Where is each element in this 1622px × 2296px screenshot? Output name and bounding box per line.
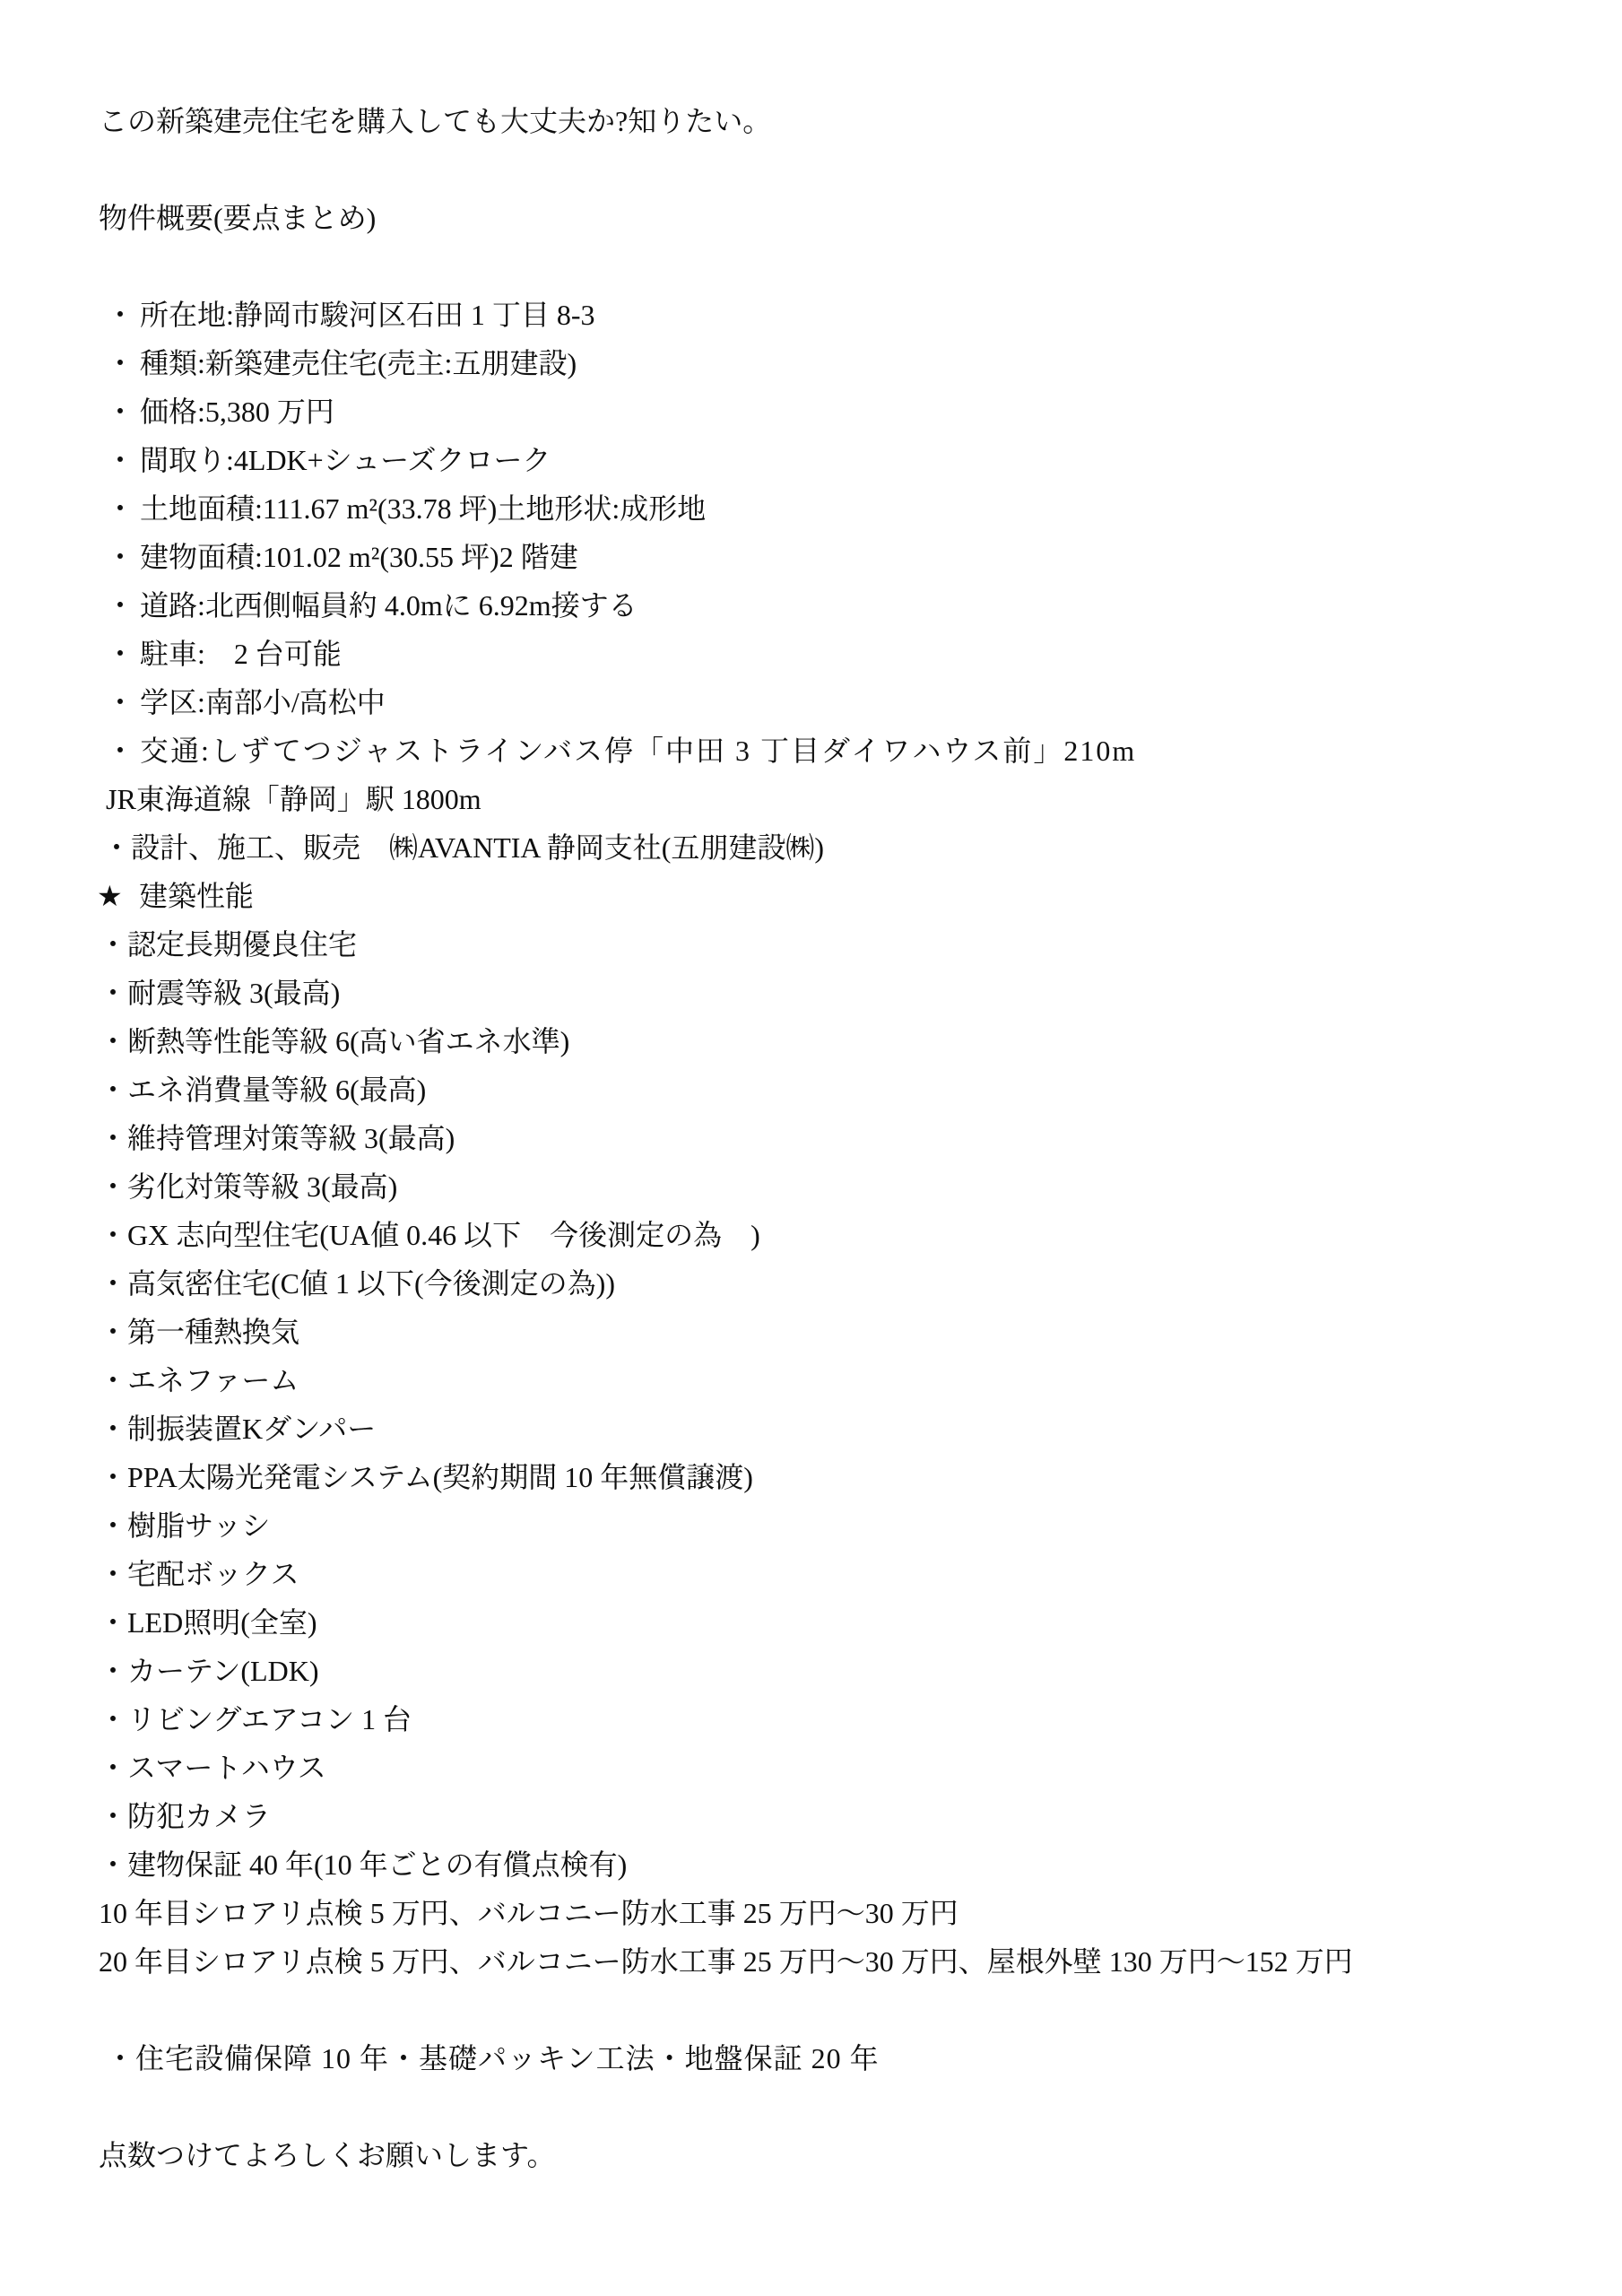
performance-item: ・エネ消費量等級 6(最高)	[99, 1065, 1541, 1114]
performance-item: ・宅配ボックス	[99, 1550, 1541, 1598]
overview-item-building-area: ・建物面積:101.02 m²(30.55 坪)2 階建	[99, 533, 1541, 581]
overview-item-text: 所在地:静岡市駿河区石田 1 丁目 8-3	[140, 299, 595, 331]
maintenance-line-20yr: 20 年目シロアリ点検 5 万円、バルコニー防水工事 25 万円〜30 万円、屋…	[99, 1937, 1541, 1986]
blank-line	[99, 145, 1541, 194]
overview-item-transit: ・交通:しずてつジャストラインバス停「中田 3 丁目ダイワハウス前」210m	[99, 726, 1541, 775]
overview-title: 物件概要(要点まとめ)	[99, 194, 1541, 242]
question-line: この新築建売住宅を購入しても大丈夫か?知りたい。	[99, 97, 1541, 145]
performance-item: ・耐震等級 3(最高)	[99, 969, 1541, 1017]
bullet-marker: ・	[106, 387, 140, 436]
performance-item: ・リビングエアコン 1 台	[99, 1695, 1541, 1744]
blank-line	[99, 2083, 1541, 2131]
performance-heading: ★建築性能	[99, 872, 1541, 920]
overview-item-text: 道路:北西側幅員約 4.0mに 6.92m接する	[140, 589, 638, 622]
performance-item: ・高気密住宅(C値 1 以下(今後測定の為))	[99, 1259, 1541, 1308]
overview-item-parking: ・駐車: 2 台可能	[99, 630, 1541, 678]
builder-line: ・設計、施工、販売 ㈱AVANTIA 静岡支社(五朋建設㈱)	[99, 823, 1541, 872]
overview-item-text: 土地面積:111.67 m²(33.78 坪)土地形状:成形地	[140, 492, 706, 525]
performance-item: ・建物保証 40 年(10 年ごとの有償点検有)	[99, 1840, 1541, 1889]
bullet-marker: ・	[106, 678, 140, 726]
bullet-marker: ・	[106, 581, 140, 630]
overview-item-text: 学区:南部小/高松中	[140, 686, 386, 718]
overview-item-text: 価格:5,380 万円	[140, 396, 334, 428]
bullet-marker: ・	[106, 726, 140, 775]
bullet-marker: ・	[106, 291, 140, 339]
performance-item: ・スマートハウス	[99, 1744, 1541, 1792]
performance-item: ・PPA太陽光発電システム(契約期間 10 年無償譲渡)	[99, 1453, 1541, 1501]
warranty-line: ・住宅設備保障 10 年・基礎パッキン工法・地盤保証 20 年	[99, 2034, 1541, 2083]
document-content: この新築建売住宅を購入しても大丈夫か?知りたい。 物件概要(要点まとめ) ・所在…	[0, 0, 1622, 2179]
blank-line	[99, 242, 1541, 291]
overview-item-text: 交通:しずてつジャストラインバス停「中田 3 丁目ダイワハウス前」210m	[140, 735, 1136, 767]
overview-item-text: 種類:新築建売住宅(売主:五朋建設)	[140, 347, 577, 379]
performance-item: ・断熱等性能等級 6(高い省エネ水準)	[99, 1017, 1541, 1065]
overview-item-school-district: ・学区:南部小/高松中	[99, 678, 1541, 726]
overview-item-text: 駐車: 2 台可能	[140, 638, 342, 670]
performance-item: ・樹脂サッシ	[99, 1501, 1541, 1550]
performance-item: ・カーテン(LDK)	[99, 1647, 1541, 1695]
performance-item: ・LED照明(全室)	[99, 1598, 1541, 1647]
bullet-marker: ・	[106, 436, 140, 484]
overview-item-location: ・所在地:静岡市駿河区石田 1 丁目 8-3	[99, 291, 1541, 339]
performance-item: ・維持管理対策等級 3(最高)	[99, 1114, 1541, 1162]
overview-item-land-area: ・土地面積:111.67 m²(33.78 坪)土地形状:成形地	[99, 484, 1541, 533]
maintenance-line-10yr: 10 年目シロアリ点検 5 万円、バルコニー防水工事 25 万円〜30 万円	[99, 1889, 1541, 1937]
performance-item: ・GX 志向型住宅(UA値 0.46 以下 今後測定の為 )	[99, 1211, 1541, 1259]
station-line: JR東海道線「静岡」駅 1800m	[99, 775, 1541, 823]
performance-item: ・劣化対策等級 3(最高)	[99, 1162, 1541, 1211]
overview-item-road: ・道路:北西側幅員約 4.0mに 6.92m接する	[99, 581, 1541, 630]
performance-item: ・認定長期優良住宅	[99, 920, 1541, 969]
overview-item-type: ・種類:新築建売住宅(売主:五朋建設)	[99, 339, 1541, 387]
star-icon: ★	[97, 872, 139, 920]
bullet-marker: ・	[106, 630, 140, 678]
closing-request-line: 点数つけてよろしくお願いします。	[99, 2131, 1541, 2179]
performance-item: ・制振装置Kダンパー	[99, 1405, 1541, 1453]
bullet-marker: ・	[106, 339, 140, 387]
performance-heading-label: 建築性能	[139, 880, 254, 912]
performance-item: ・防犯カメラ	[99, 1792, 1541, 1840]
performance-item: ・第一種熱換気	[99, 1308, 1541, 1356]
overview-item-text: 建物面積:101.02 m²(30.55 坪)2 階建	[140, 541, 578, 573]
overview-item-text: 間取り:4LDK+シューズクローク	[140, 444, 551, 476]
overview-item-price: ・価格:5,380 万円	[99, 387, 1541, 436]
document-page: この新築建売住宅を購入しても大丈夫か?知りたい。 物件概要(要点まとめ) ・所在…	[0, 0, 1622, 2296]
overview-item-floorplan: ・間取り:4LDK+シューズクローク	[99, 436, 1541, 484]
bullet-marker: ・	[106, 484, 140, 533]
blank-line	[99, 1986, 1541, 2034]
performance-item: ・エネファーム	[99, 1356, 1541, 1405]
bullet-marker: ・	[106, 533, 140, 581]
